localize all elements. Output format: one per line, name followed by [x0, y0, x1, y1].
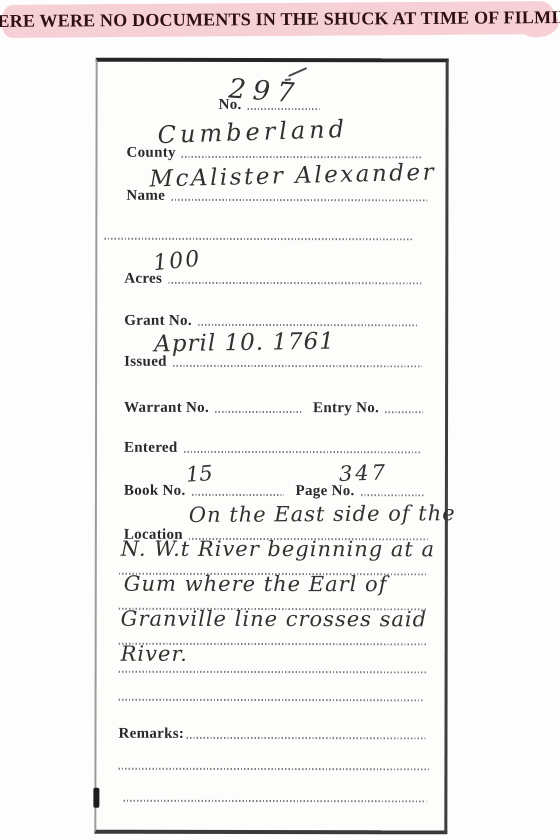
- handwritten-page-no-value: 347: [339, 460, 389, 486]
- handwritten-location-line: On the East side of the: [189, 501, 456, 527]
- field-label-warrant-no: Warrant No.: [124, 399, 209, 416]
- dotted-line: [361, 494, 425, 496]
- handwritten-location-line: N. W.t River beginning at a: [121, 537, 435, 562]
- dotted-line: [215, 411, 301, 413]
- field-label-entry-no: Entry No.: [313, 400, 379, 417]
- dotted-line: [198, 324, 417, 326]
- dotted-line: [183, 451, 421, 453]
- handwritten-book-no-value: 15: [185, 461, 213, 487]
- blank-ruled-line: [123, 781, 426, 806]
- dotted-line: [119, 699, 425, 702]
- dotted-line: [104, 238, 413, 241]
- field-row-grant-no: Grant No.: [124, 305, 417, 330]
- scan-edge-artifact: [93, 788, 99, 808]
- field-label-entered: Entered: [124, 439, 178, 456]
- field-row-entered: Entered: [124, 432, 421, 457]
- dotted-line: [119, 671, 427, 674]
- dotted-line: [385, 411, 423, 413]
- dotted-line: [173, 365, 422, 367]
- dotted-line: [123, 800, 426, 803]
- blank-ruled-line: [118, 749, 429, 774]
- field-label-remarks: Remarks:: [118, 725, 184, 742]
- handwritten-location-line: Gum where the Earl of: [124, 572, 388, 596]
- blank-ruled-line: [104, 219, 413, 244]
- dotted-line: [118, 768, 429, 771]
- field-row-remarks: Remarks:: [118, 718, 425, 743]
- blank-ruled-line: [119, 680, 425, 705]
- filming-notice-text: THERE WERE NO DOCUMENTS IN THE SHUCK AT …: [0, 7, 560, 32]
- handwritten-location-line: Granville line crosses said: [121, 607, 427, 632]
- scanned-land-grant-page: { "banner": { "text": "THERE WERE NO DOC…: [0, 0, 560, 840]
- field-label-book-no: Book No.: [124, 482, 186, 499]
- handwritten-no-value: 297: [228, 73, 303, 109]
- field-label-grant-no: Grant No.: [124, 312, 192, 329]
- field-row-warrant-entry: Warrant No. Entry No.: [124, 392, 423, 417]
- handwritten-issued-value: April 10. 1761: [154, 329, 335, 358]
- dotted-line: [171, 199, 427, 201]
- handwritten-acres-value: 100: [152, 246, 202, 276]
- pen-scribble-mark: [288, 67, 307, 77]
- handwritten-location-line: River.: [121, 642, 188, 666]
- dotted-line: [192, 494, 284, 496]
- filming-notice-banner: THERE WERE NO DOCUMENTS IN THE SHUCK AT …: [2, 1, 555, 38]
- land-grant-index-card: No. 297 County Cumberland Name McAlister…: [94, 58, 448, 835]
- dotted-line: [168, 282, 421, 284]
- dotted-line: [182, 156, 423, 158]
- dotted-line: [186, 737, 425, 739]
